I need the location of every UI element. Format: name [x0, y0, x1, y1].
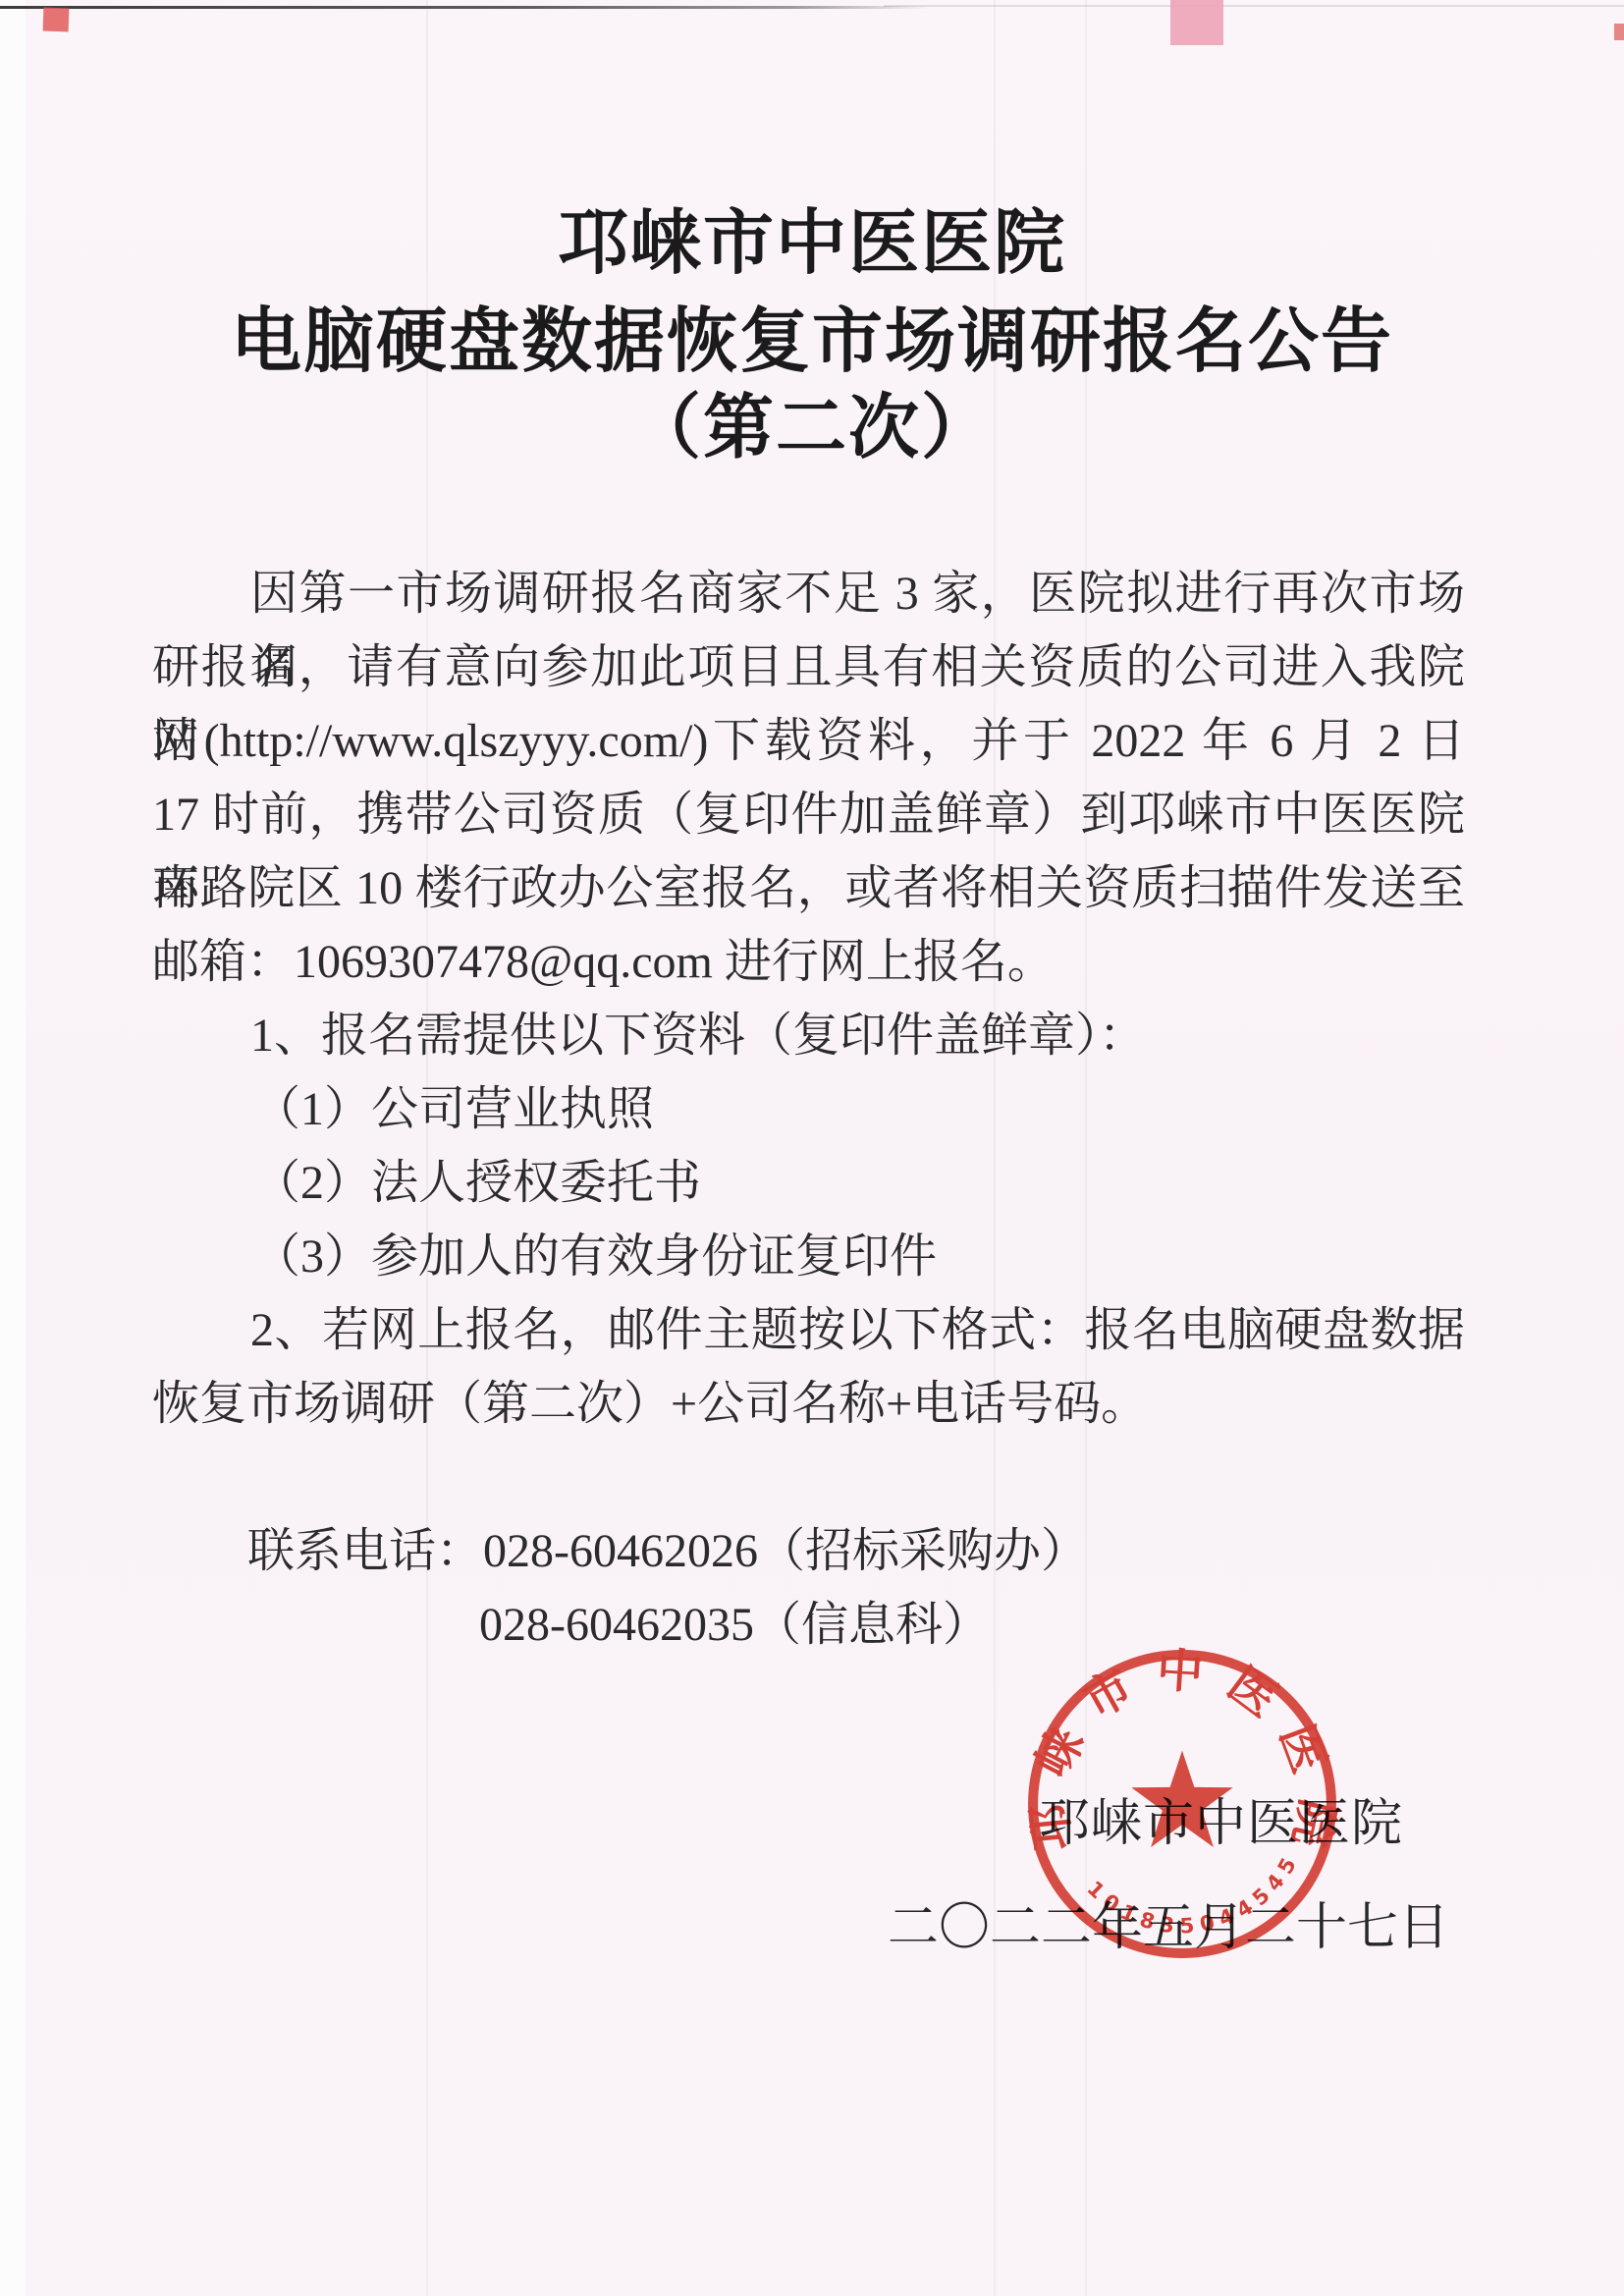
contact-phone-2: 028-60462035（信息科）	[479, 1588, 990, 1662]
list-subitem-3: （3）参加人的有效身份证复印件	[253, 1220, 937, 1293]
page-title-org: 邛崃市中医医院	[0, 200, 1624, 287]
list-item-1: 1、报名需提供以下资料（复印件盖鲜章）：	[250, 999, 1146, 1072]
scan-red-mark-right-edge	[1614, 24, 1624, 40]
list-item-2-wrap: 恢复市场调研（第二次）+公司名称+电话号码。	[152, 1367, 1148, 1441]
scan-top-line	[0, 6, 931, 9]
contact-phone-1: 联系电话：028-60462026（招标采购办）	[247, 1514, 1088, 1588]
scanned-page: 邛崃市中医医院 电脑硬盘数据恢复市场调研报名公告 （第二次） 因第一市场调研报名…	[0, 0, 1624, 2296]
body-line: 环路院区 10 楼行政办公室报名，或者将相关资质扫描件发送至	[152, 851, 1465, 925]
page-title-subject: 电脑硬盘数据恢复市场调研报名公告	[0, 299, 1624, 385]
body-line: 站(http://www.qlszyyy.com/)下载资料，并于 2022 年…	[152, 704, 1465, 778]
official-seal: 邛崃市中医医院 101835044545	[1018, 1640, 1346, 1968]
scan-pink-mark-top-right	[1170, 0, 1223, 45]
body-line-email: 邮箱：1069307478@qq.com 进行网上报名。	[152, 925, 1055, 999]
list-item-2: 2、若网上报名，邮件主题按以下格式：报名电脑硬盘数据	[250, 1293, 1465, 1367]
scan-red-mark-top-left	[43, 8, 70, 32]
list-subitem-1: （1）公司营业执照	[253, 1072, 654, 1146]
page-title-round: （第二次）	[0, 385, 1624, 471]
list-subitem-2: （2）法人授权委托书	[253, 1146, 701, 1220]
seal-star-icon	[1131, 1751, 1232, 1847]
